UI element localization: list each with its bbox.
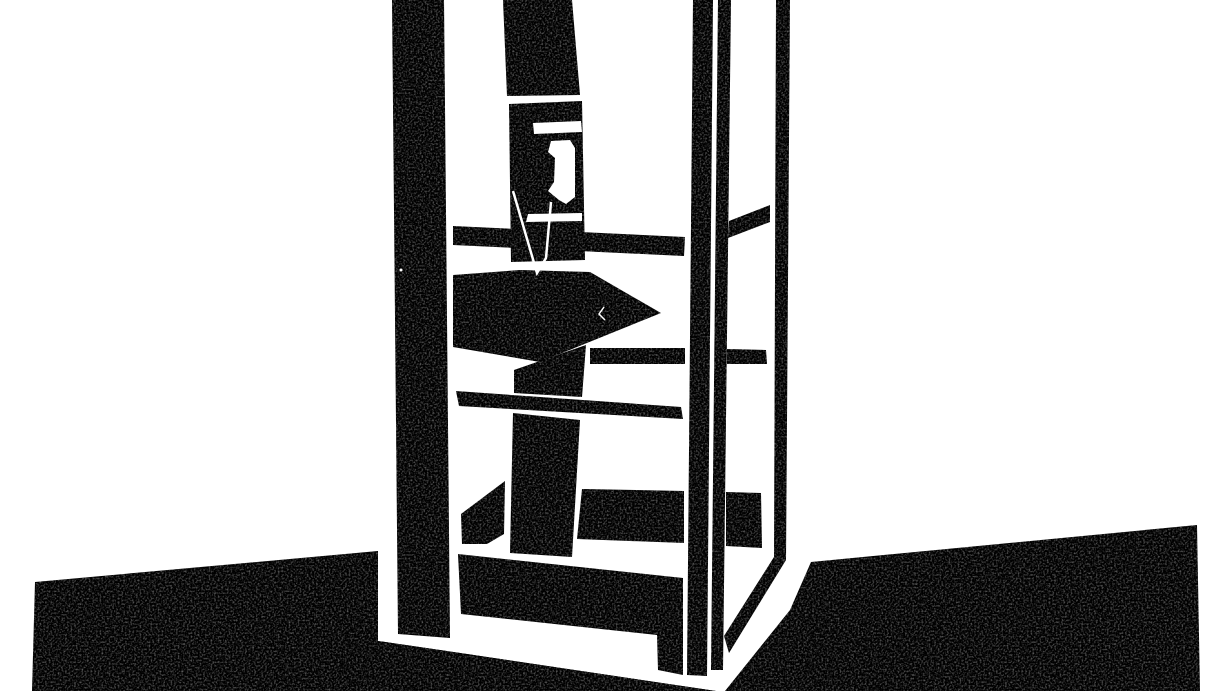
phone-base-bar (526, 213, 582, 222)
phone-booth-illustration (0, 0, 1230, 691)
booth-right-front-pillar (687, 0, 713, 676)
glass-bar-mid-far-right (727, 349, 767, 364)
speck (400, 269, 403, 272)
booth-left-pillar (392, 0, 450, 638)
ground-slab-right (725, 525, 1200, 691)
side-glass-bar (728, 205, 770, 238)
lower-rear-column (510, 413, 580, 557)
glass-bar-mid-right (590, 348, 685, 364)
coin-slot-bar (533, 121, 582, 134)
upper-rear-panel (503, 0, 580, 96)
lower-front-panel (577, 489, 684, 543)
booth-right-back-pillar (774, 0, 790, 560)
booth-right-inner-pillar (711, 0, 731, 670)
lower-side-panel (726, 492, 762, 548)
ink-shapes (32, 0, 1200, 691)
lower-left-block (461, 481, 505, 544)
booth-kick-plate (458, 554, 683, 675)
